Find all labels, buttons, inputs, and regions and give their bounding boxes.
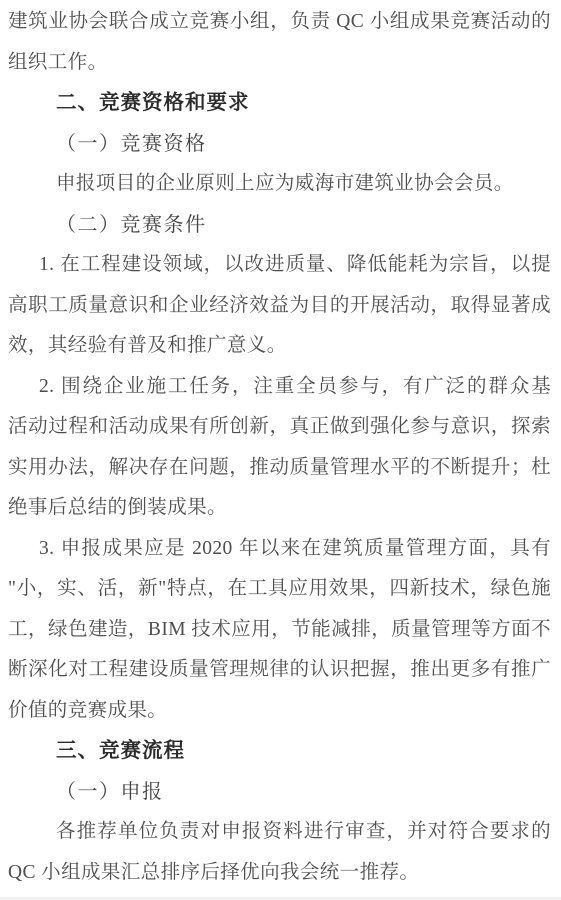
text-line: 实用办法，解决存在问题，推动质量管理水平的不断提升；杜 <box>8 448 551 489</box>
text-line: （一）竞赛资格 <box>8 124 551 165</box>
text-line: 活动过程和活动成果有所创新，真正做到强化参与意识，探索 <box>8 407 551 448</box>
text-line: QC 小组成果汇总排序后择优向我会统一推荐。 <box>8 853 551 894</box>
document-body: 建筑业协会联合成立竞赛小组，负责 QC 小组成果竞赛活动的组织工作。二、竞赛资格… <box>0 0 561 893</box>
text-line: 3. 申报成果应是 2020 年以来在建筑质量管理方面，具有 <box>8 529 551 570</box>
text-line: （二）竞赛条件 <box>8 205 551 246</box>
text-line: 2. 围绕企业施工任务，注重全员参与，有广泛的群众基础， <box>8 367 551 408</box>
text-line: 绝事后总结的倒装成果。 <box>8 488 551 529</box>
text-line: 价值的竞赛成果。 <box>8 691 551 732</box>
text-line: 建筑业协会联合成立竞赛小组，负责 QC 小组成果竞赛活动的 <box>8 2 551 43</box>
text-line: 工，绿色建造，BIM 技术应用，节能减排，质量管理等方面不 <box>8 610 551 651</box>
text-line: （一）申报 <box>8 772 551 813</box>
text-line: 效，其经验有普及和推广意义。 <box>8 326 551 367</box>
text-line: 1. 在工程建设领域，以改进质量、降低能耗为宗旨，以提 <box>8 245 551 286</box>
text-line: 申报项目的企业原则上应为威海市建筑业协会会员。 <box>8 164 551 205</box>
text-line: 组织工作。 <box>8 43 551 84</box>
text-line: 断深化对工程建设质量管理规律的认识把握，推出更多有推广 <box>8 650 551 691</box>
document-page: 建筑业协会联合成立竞赛小组，负责 QC 小组成果竞赛活动的组织工作。二、竞赛资格… <box>0 0 561 900</box>
text-line: 各推荐单位负责对申报资料进行审查，并对符合要求的 <box>8 812 551 853</box>
text-line: 高职工质量意识和企业经济效益为目的开展活动，取得显著成 <box>8 286 551 327</box>
text-line: 三、竞赛流程 <box>8 731 551 772</box>
text-line: 二、竞赛资格和要求 <box>8 83 551 124</box>
text-line: "小，实、活，新"特点，在工具应用效果，四新技术，绿色施 <box>8 569 551 610</box>
